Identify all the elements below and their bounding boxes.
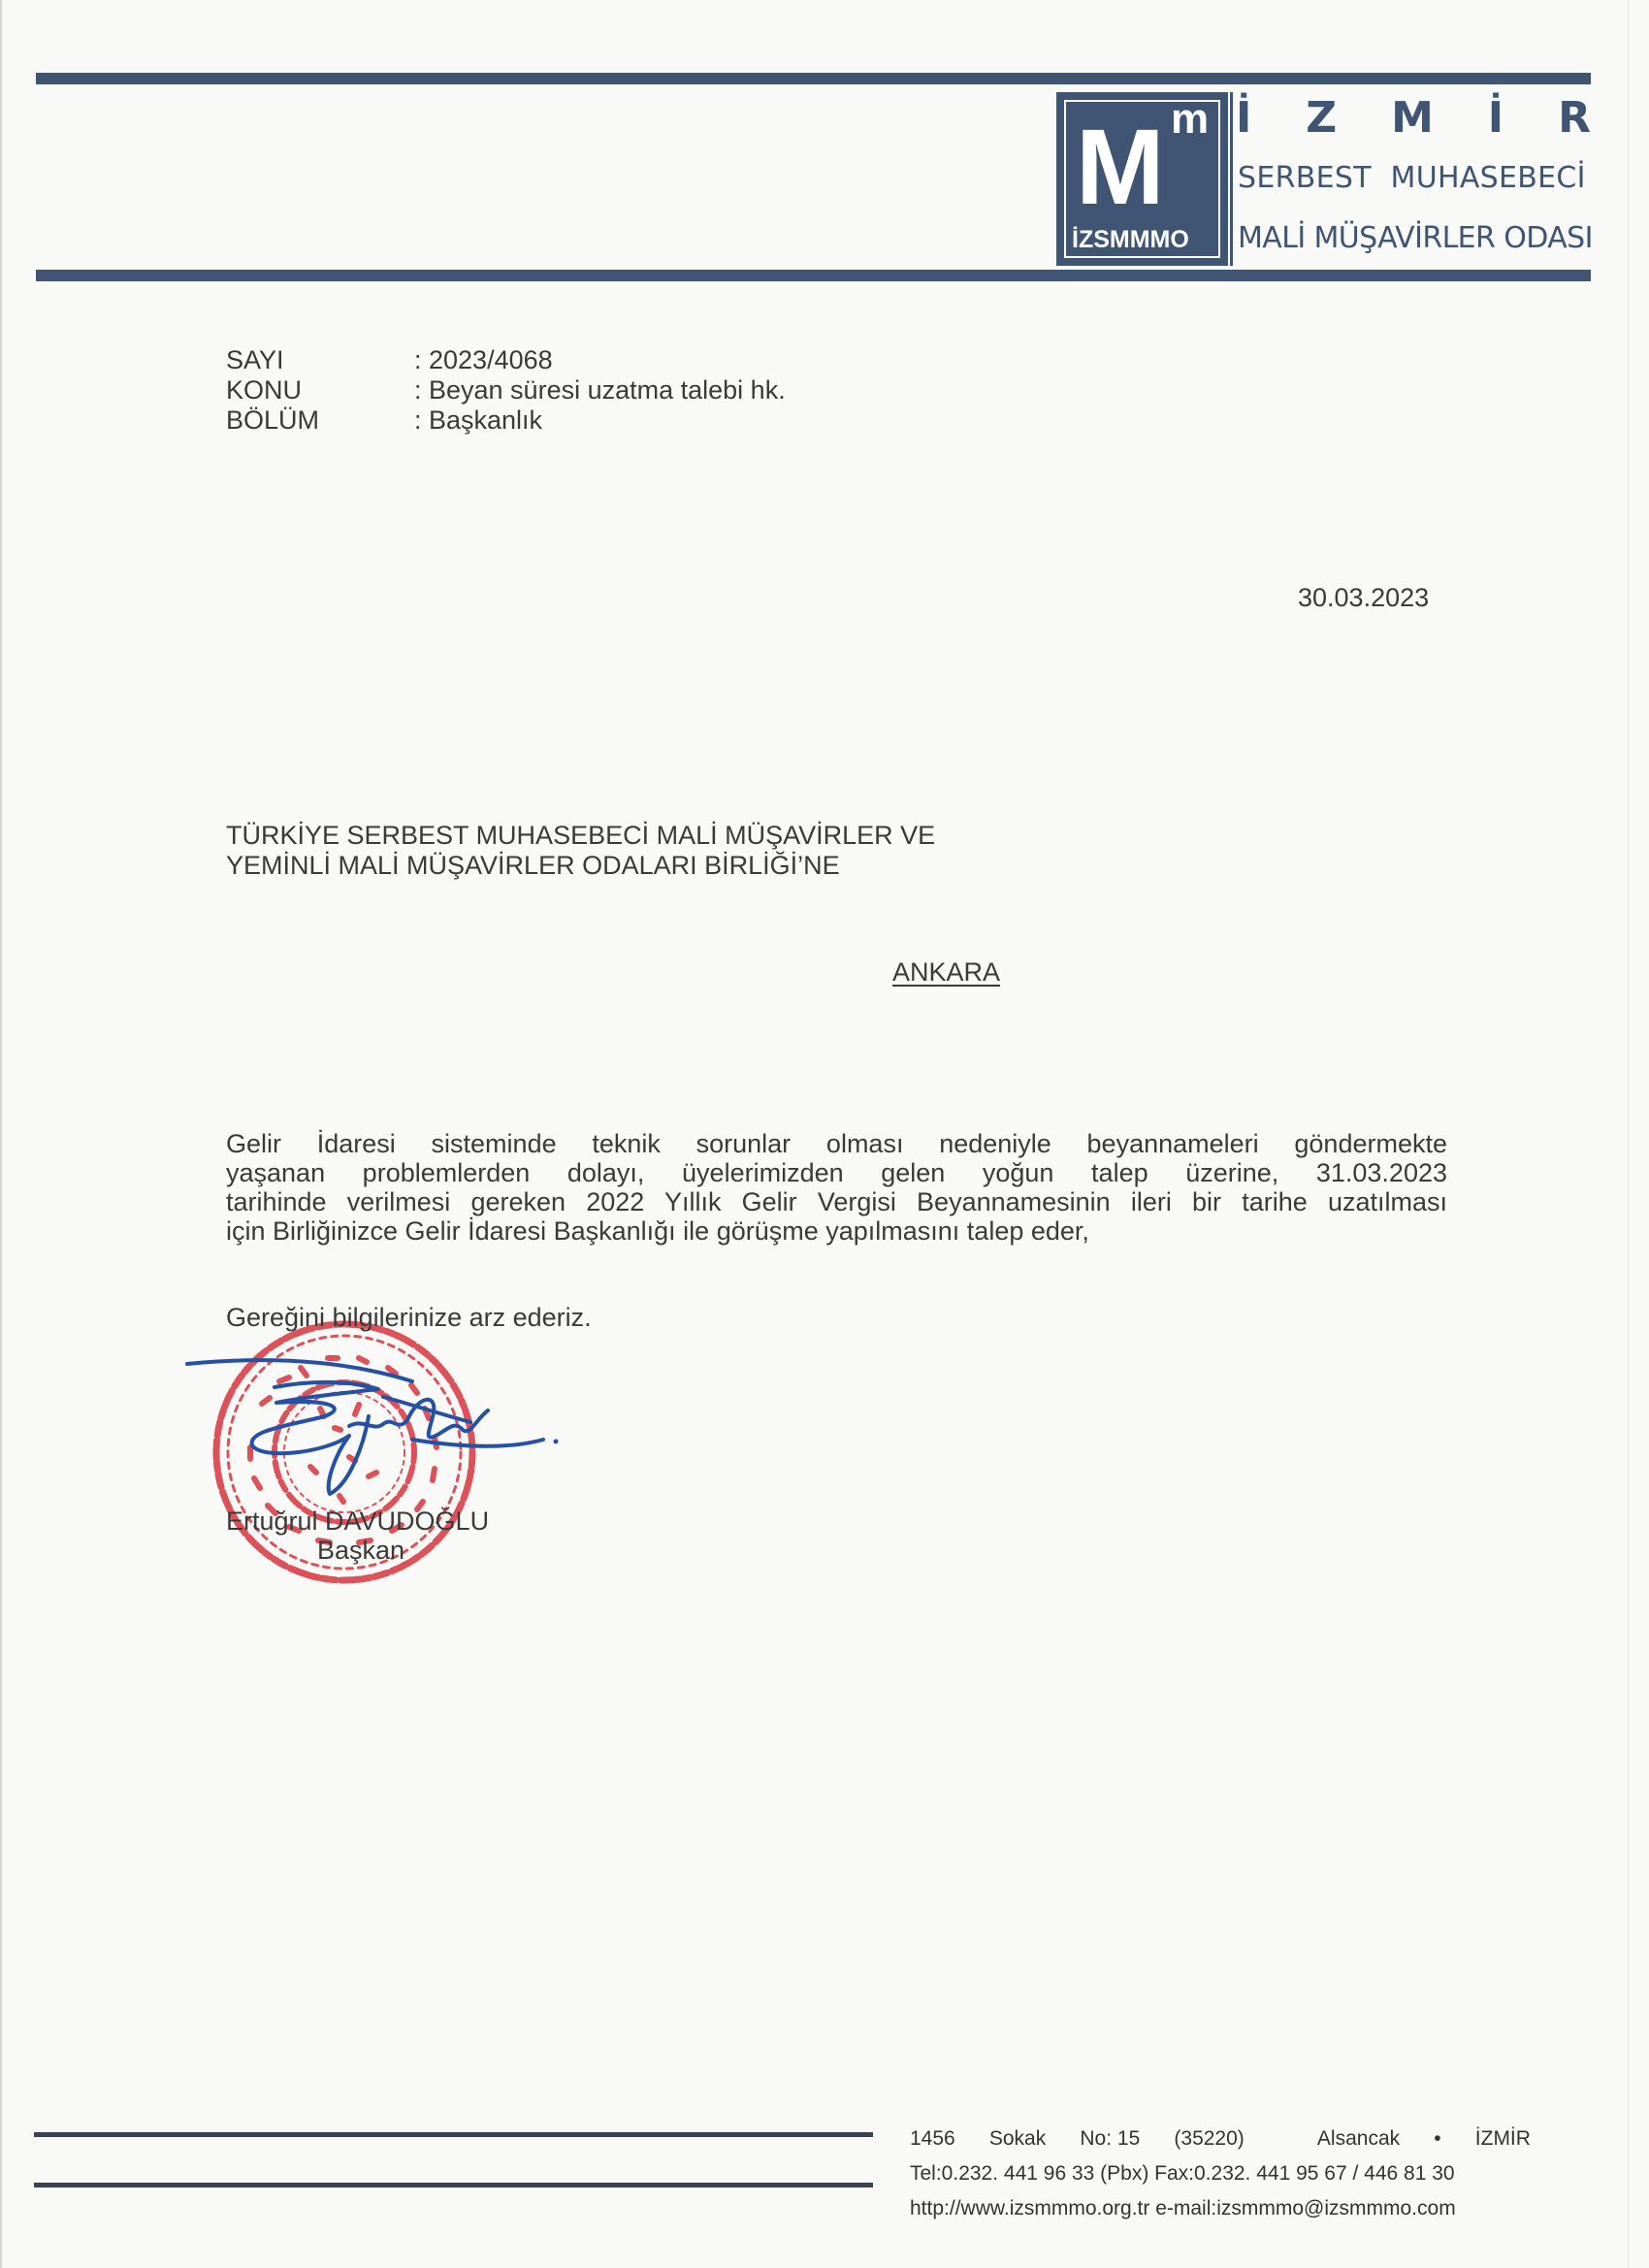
letterhead-bottom-rule — [36, 270, 1591, 281]
footer-web-email: http://www.izsmmmo.org.tr e-mail:izsmmmo… — [910, 2191, 1531, 2226]
letter-body: Gelir İdaresi sisteminde teknik sorunlar… — [226, 1129, 1447, 1246]
scan-edge — [1628, 0, 1629, 2268]
body-line: tarihinde verilmesi gereken 2022 Yıllık … — [226, 1187, 1447, 1216]
meta-value: : Başkanlık — [414, 405, 542, 436]
addressee-line-1: TÜRKİYE SERBEST MUHASEBECİ MALİ MÜŞAVİRL… — [226, 821, 935, 851]
body-line: Gelir İdaresi sisteminde teknik sorunlar… — [226, 1129, 1447, 1158]
addressee-city: ANKARA — [892, 957, 1000, 988]
addressee: TÜRKİYE SERBEST MUHASEBECİ MALİ MÜŞAVİRL… — [226, 821, 935, 881]
org-name-line-2: MALİ MÜŞAVİRLER ODASI — [1238, 221, 1593, 256]
signer-title: Başkan — [317, 1536, 404, 1565]
logo-letter-small: m — [1171, 98, 1209, 141]
city-letter: Z — [1306, 93, 1337, 144]
footer-rule-top — [34, 2132, 873, 2137]
address-part: No: 15 — [1080, 2122, 1140, 2156]
footer-address: 1456 Sokak No: 15 (35220) Alsancak • İZM… — [910, 2122, 1531, 2156]
meta-label: KONU — [226, 375, 414, 405]
footer-rule-bottom — [34, 2183, 873, 2187]
letterhead-top-rule — [36, 73, 1591, 84]
address-part: 1456 — [910, 2122, 955, 2156]
meta-row-subject: KONU : Beyan süresi uzatma talebi hk. — [226, 375, 786, 405]
city-letter: İ — [1488, 93, 1503, 144]
organization-logo: M m İZSMMMO — [1056, 92, 1228, 266]
meta-value: : 2023/4068 — [414, 345, 553, 375]
city-letter: M — [1391, 93, 1434, 144]
footer-phone: Tel:0.232. 441 96 33 (Pbx) Fax:0.232. 44… — [910, 2156, 1531, 2191]
meta-label: BÖLÜM — [226, 405, 414, 436]
body-line: için Birliğinizce Gelir İdaresi Başkanlı… — [226, 1216, 1447, 1246]
meta-value: : Beyan süresi uzatma talebi hk. — [414, 375, 786, 405]
addressee-line-2: YEMİNLİ MALİ MÜŞAVİRLER ODALARI BİRLİĞİ’… — [226, 851, 935, 881]
meta-row-department: BÖLÜM : Başkanlık — [226, 405, 786, 436]
city-letter: İ — [1236, 93, 1251, 144]
address-part: (35220) — [1174, 2122, 1244, 2156]
logo-abbreviation: İZSMMMO — [1072, 226, 1189, 253]
document-meta: SAYI : 2023/4068 KONU : Beyan süresi uza… — [226, 345, 786, 436]
address-part: Alsancak — [1317, 2122, 1400, 2156]
city-letter: R — [1558, 93, 1591, 144]
address-part: İZMİR — [1475, 2122, 1531, 2156]
footer-contact: 1456 Sokak No: 15 (35220) Alsancak • İZM… — [910, 2122, 1531, 2226]
logo-letter-big: M — [1076, 119, 1163, 216]
org-name-line-1: SERBEST MUHASEBECİ — [1238, 161, 1593, 196]
logo-divider — [1230, 92, 1233, 266]
closing-remark: Gereğini bilgilerinize arz ederiz. — [226, 1303, 592, 1332]
document-date: 30.03.2023 — [1298, 582, 1429, 613]
meta-label: SAYI — [226, 345, 414, 375]
address-part: Sokak — [989, 2122, 1046, 2156]
scan-edge — [0, 0, 2, 2268]
org-city-name: İ Z M İ R — [1236, 93, 1591, 144]
meta-row-number: SAYI : 2023/4068 — [226, 345, 786, 375]
body-line: yaşanan problemlerden dolayı, üyelerimiz… — [226, 1158, 1447, 1187]
bullet-separator: • — [1434, 2122, 1440, 2156]
handwritten-signature-icon — [179, 1339, 567, 1533]
